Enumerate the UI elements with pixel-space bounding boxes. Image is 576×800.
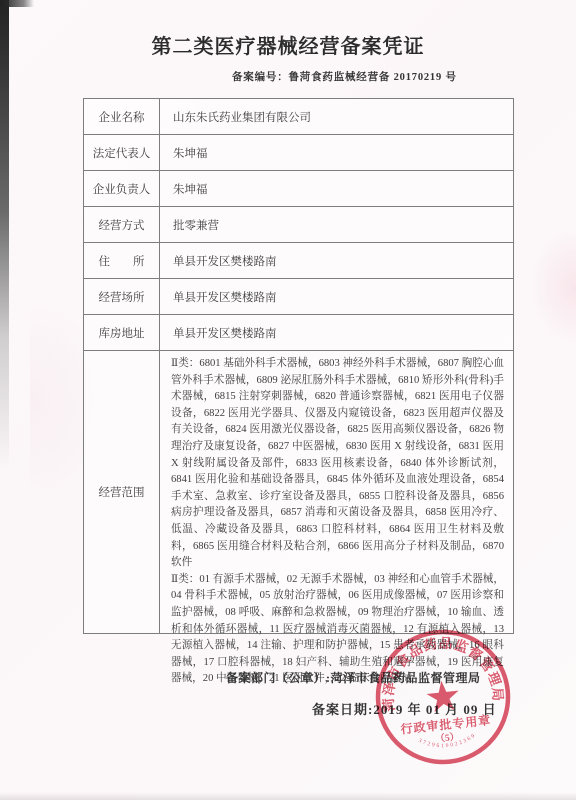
scope-paragraph-old-catalog: Ⅱ类：6801 基础外科手术器械，6803 神经外科手术器械，6807 胸腔心血… xyxy=(171,356,504,572)
scan-edge-shadow xyxy=(0,0,9,470)
row-label: 住 所 xyxy=(84,243,160,278)
record-number: 备案编号：鲁菏食药监械经营备 20170219 号 xyxy=(232,69,457,84)
row-label: 经营范围 xyxy=(84,351,160,633)
table-row-legal-representative: 法定代表人 朱坤福 xyxy=(84,135,513,171)
table-row-business-premises: 经营场所 单县开发区樊楼路南 xyxy=(84,279,513,315)
row-label: 企业名称 xyxy=(84,99,160,134)
row-value: 单县开发区樊楼路南 xyxy=(160,315,513,350)
row-label: 法定代表人 xyxy=(84,135,160,170)
table-row-residence: 住 所 单县开发区樊楼路南 xyxy=(84,243,513,279)
certificate-title: 第二类医疗器械经营备案凭证 xyxy=(0,30,576,59)
table-row-company-name: 企业名称 山东朱氏药业集团有限公司 xyxy=(84,99,513,135)
table-row-business-mode: 经营方式 批零兼营 xyxy=(84,207,513,243)
certificate-table: 企业名称 山东朱氏药业集团有限公司 法定代表人 朱坤福 企业负责人 朱坤福 经营… xyxy=(83,98,514,634)
scan-corner-mark xyxy=(0,0,34,7)
row-value: 单县开发区樊楼路南 xyxy=(160,279,513,314)
stamp-number-text: （5） xyxy=(435,731,460,745)
filing-department-line: 备案部门（公章）:菏泽市食品药品监督管理局 xyxy=(226,669,481,686)
row-label: 经营方式 xyxy=(84,207,160,242)
row-value: 单县开发区樊楼路南 xyxy=(160,243,513,278)
row-label: 库房地址 xyxy=(84,315,160,350)
row-value: 批零兼营 xyxy=(160,207,513,242)
table-row-company-head: 企业负责人 朱坤福 xyxy=(84,171,513,207)
business-scope-text: Ⅱ类：6801 基础外科手术器械，6803 神经外科手术器械，6807 胸腔心血… xyxy=(160,351,513,633)
scan-pink-artifact xyxy=(530,228,576,346)
row-value: 朱坤福 xyxy=(160,135,513,170)
row-label: 企业负责人 xyxy=(84,171,160,206)
row-label: 经营场所 xyxy=(84,279,160,314)
filing-date-line: 备案日期:2019 年 01 月 09 日 xyxy=(312,699,497,718)
stamp-serial-text: 3729610022369 xyxy=(417,732,479,752)
table-row-warehouse-address: 库房地址 单县开发区樊楼路南 xyxy=(84,315,513,351)
row-value: 朱坤福 xyxy=(160,171,513,206)
scan-bottom-shadow xyxy=(0,792,576,800)
certificate-page: 第二类医疗器械经营备案凭证 备案编号：鲁菏食药监械经营备 20170219 号 … xyxy=(0,0,576,800)
table-row-business-scope: 经营范围 Ⅱ类：6801 基础外科手术器械，6803 神经外科手术器械，6807… xyxy=(84,351,513,633)
row-value: 山东朱氏药业集团有限公司 xyxy=(160,99,513,134)
